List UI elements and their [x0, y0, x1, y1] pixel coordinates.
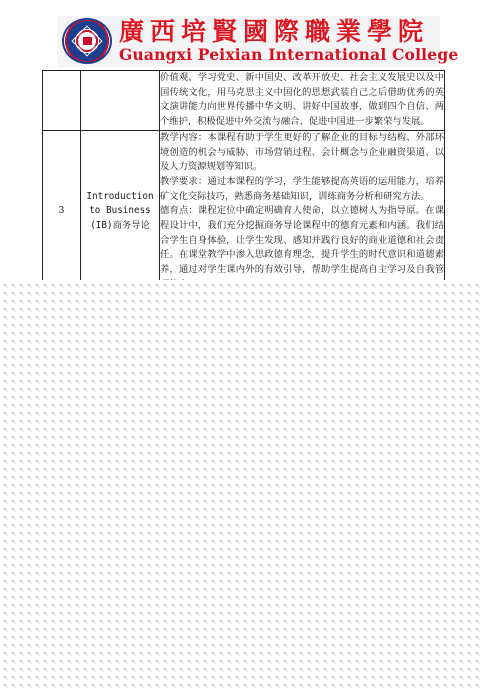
course-description-cell: 价值观、学习党史、新中国史、改革开放史、社会主义发展史以及中国传统文化，用马克思…	[160, 71, 445, 131]
course-name-cell: Introduction to Business (IB)商务导论	[81, 130, 160, 293]
course-name-cell	[81, 71, 160, 131]
table-row: 3 Introduction to Business (IB)商务导论 教学内容…	[43, 130, 445, 293]
course-description-cell: 教学内容：本课程有助于学生更好的了解企业的目标与结构、外部环境创造的机会与威胁、…	[160, 130, 445, 293]
emblem-book-icon	[82, 36, 93, 46]
course-number-cell	[43, 71, 81, 131]
table-row: 价值观、学习党史、新中国史、改革开放史、社会主义发展史以及中国传统文化，用马克思…	[43, 71, 445, 131]
college-emblem-icon	[62, 18, 112, 64]
course-number-cell: 3	[43, 130, 81, 293]
college-name-english: Guangxi Peixian International College	[119, 46, 439, 64]
unloaded-page-placeholder	[0, 280, 483, 691]
college-header-banner: 廣西培賢國際職業學院 Guangxi Peixian International…	[57, 16, 440, 67]
teaching-content-paragraph: 教学内容：本课程有助于学生更好的了解企业的目标与结构、外部环境创造的机会与威胁、…	[160, 131, 444, 175]
college-name-chinese: 廣西培賢國際職業學院	[119, 18, 439, 46]
teaching-requirements-paragraph: 教学要求：通过本课程的学习，学生能够提高英语的运用能力，培养矿文化交际技巧，熟悉…	[160, 175, 444, 204]
description-paragraph: 价值观、学习党史、新中国史、改革开放史、社会主义发展史以及中国传统文化，用马克思…	[160, 71, 444, 130]
